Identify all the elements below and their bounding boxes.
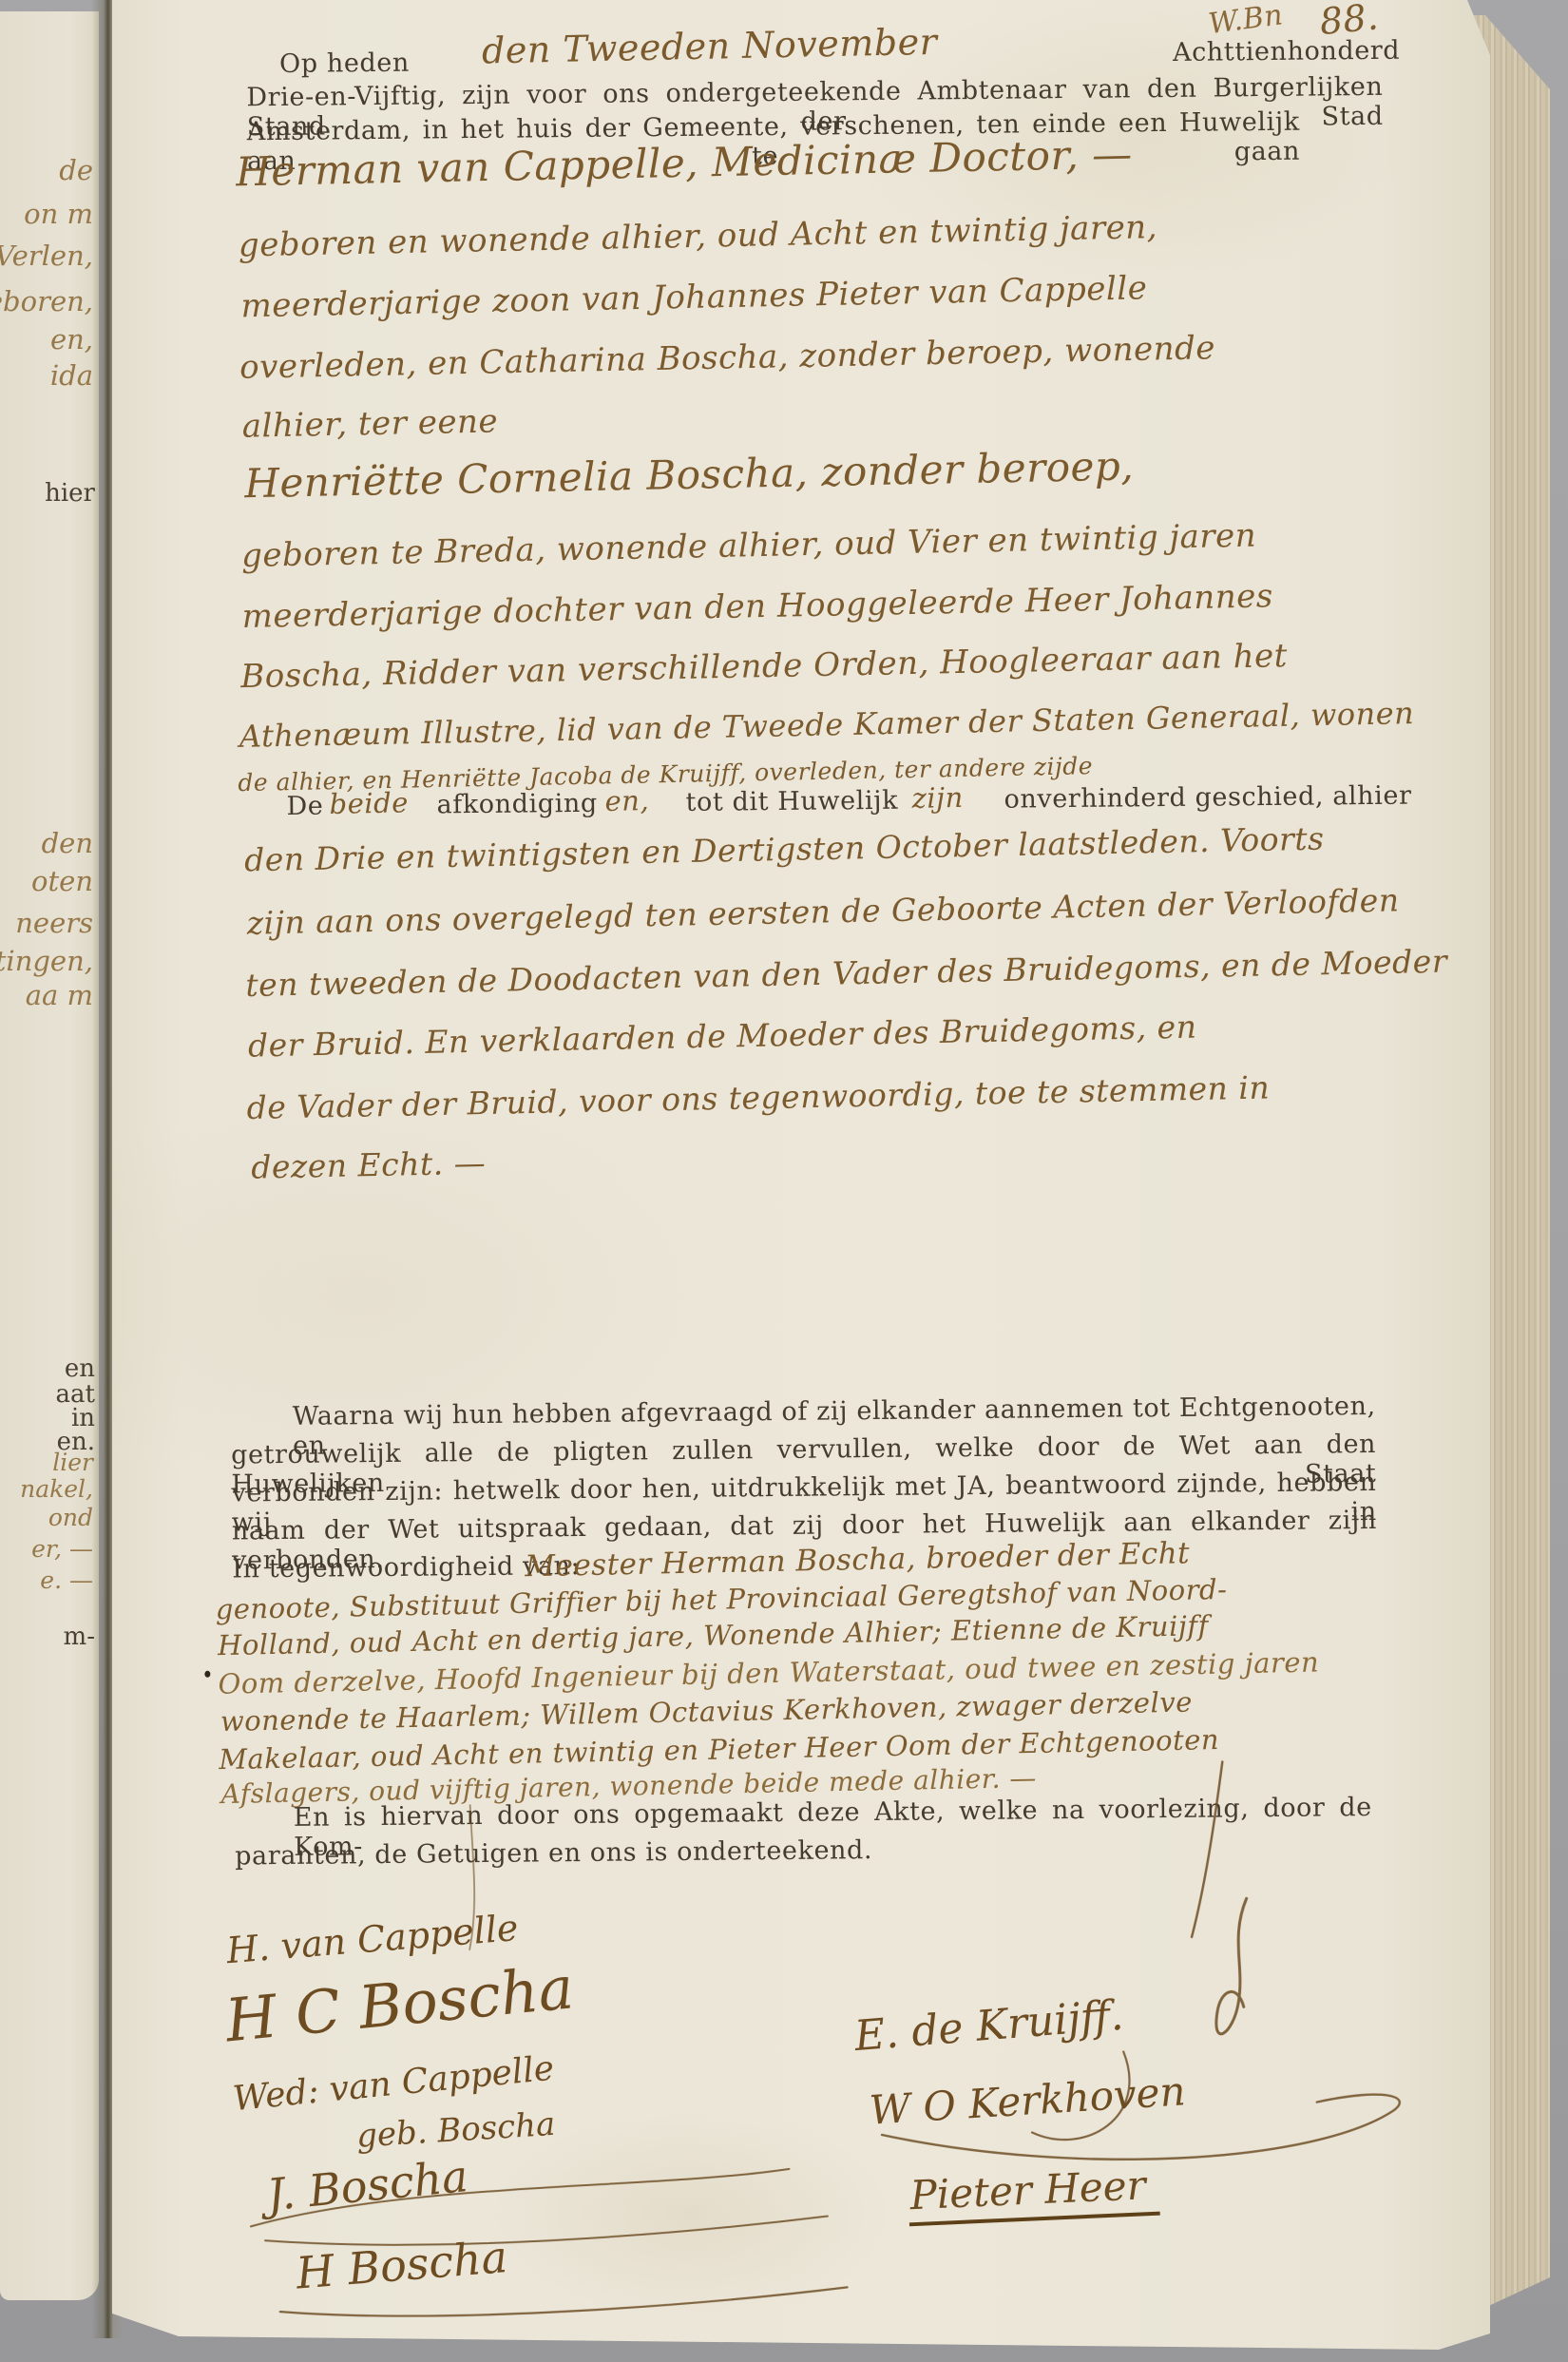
bride-entry-line: Henriëtte Cornelia Boscha, zonder beroep… <box>244 442 1135 507</box>
adjacent-page-text-fragment: on m <box>24 198 93 230</box>
bride-entry-line: Athenæum Illustre, lid van de Tweede Kam… <box>239 695 1415 755</box>
record-content: W.Bn 88. Op heden den Tweeden November A… <box>102 0 1502 2362</box>
adjacent-page-text-fragment: en Verlen, <box>0 240 93 272</box>
signature-witness-kerkhoven: W O Kerkhoven <box>869 2067 1187 2134</box>
signature-widow-van-cappelle-geb: geb. Boscha <box>355 2105 556 2156</box>
groom-entry-line: meerderjarige zoon van Johannes Pieter v… <box>240 269 1148 325</box>
banns-printed-afkondiging: afkondiging <box>436 789 598 820</box>
groom-entry-line: alhier, ter eene <box>241 402 498 445</box>
bride-entry-line: geboren te Breda, wonende alhier, oud Vi… <box>241 517 1257 575</box>
wedding-date-handwritten: den Tweeden November <box>482 21 938 72</box>
banns-entry-line: der Bruid. En verklaarden de Moeder des … <box>248 1008 1197 1065</box>
intro-achttienhonderd: Achttienhonderd <box>1173 36 1400 67</box>
adjacent-page-text-fragment: e. — <box>40 1566 93 1594</box>
adjacent-page-text-fragment: en, <box>50 323 93 355</box>
groom-entry-line: overleden, en Catharina Boscha, zonder b… <box>239 329 1216 387</box>
closing-line: paranten, de Getuigen en ons is ondertee… <box>235 1835 872 1871</box>
banns-printed-de: De <box>286 792 323 821</box>
banns-entry-line: den Drie en twintigsten en Dertigsten Oc… <box>244 820 1325 879</box>
signature-bride: H C Boscha <box>222 1952 577 2055</box>
adjacent-page-text-fragment: er, — <box>31 1535 93 1563</box>
ink-flourish <box>1215 1898 1248 2034</box>
adjacent-page-text-fragment: aa m <box>26 979 93 1011</box>
banns-printed-tot: tot dit Huwelijk <box>685 786 898 817</box>
registrar-paraaf: W.Bn <box>1207 0 1285 41</box>
signature-witness-pieter-heer: Pieter Heer <box>908 2161 1160 2227</box>
groom-entry-line: geboren en wonende alhier, oud Acht en t… <box>239 208 1158 264</box>
banns-entry-line: de Vader der Bruid, voor ons tegenwoordi… <box>246 1068 1270 1126</box>
signature-witness-h-boscha: H Boscha <box>295 2231 509 2298</box>
adjacent-page-text-fragment: nakel, <box>20 1475 93 1503</box>
signature-father-boscha: J. Boscha <box>264 2150 469 2220</box>
banns-script-beide: beide <box>329 786 409 820</box>
adjacent-page-text-fragment: lier <box>52 1449 93 1476</box>
ink-dot <box>204 1671 210 1678</box>
banns-printed-rest: onverhinderd geschied, alhier <box>1004 781 1411 815</box>
banns-entry-line: ten tweeden de Doodacten van den Vader d… <box>245 943 1447 1004</box>
banns-script-zijn: zijn <box>911 781 964 815</box>
adjacent-page-text-fragment: neers <box>15 907 93 939</box>
banns-entry-line: dezen Echt. — <box>251 1144 487 1186</box>
adjacent-page-text-fragment: oten <box>31 865 93 897</box>
adjacent-page-text-fragment: de <box>59 154 93 186</box>
record-page: W.Bn 88. Op heden den Tweeden November A… <box>112 0 1490 2355</box>
ink-flourish <box>265 2217 828 2247</box>
scanned-marriage-record: { "marks": { "paraaf": "W.Bn", "folio": … <box>0 0 1568 2362</box>
adjacent-page-text-fragment: hier <box>45 479 95 508</box>
adjacent-page-text-fragment: den <box>42 827 93 859</box>
adjacent-page-text-fragment: m- <box>64 1623 95 1651</box>
adjacent-page-text-fragment: tingen, <box>0 945 93 977</box>
bride-entry-line: Boscha, Ridder van verschillende Orden, … <box>240 637 1288 696</box>
signature-witness-de-kruijff: E. de Kruijff. <box>852 1991 1125 2061</box>
intro-op-heden: Op heden <box>279 48 410 79</box>
adjacent-page-text-fragment: ond <box>48 1504 93 1531</box>
adjacent-page-edge: de on m en Verlen, geboren, en, ida hier… <box>0 11 99 2300</box>
adjacent-page-text-fragment: geboren, <box>0 285 93 317</box>
adjacent-page-text-fragment: ida <box>50 359 93 392</box>
banns-entry-line: zijn aan ons overgelegd ten eersten de G… <box>246 881 1399 941</box>
banns-script-en: en, <box>604 784 649 817</box>
bride-entry-line: meerderjarige dochter van den Hooggeleer… <box>241 577 1273 636</box>
